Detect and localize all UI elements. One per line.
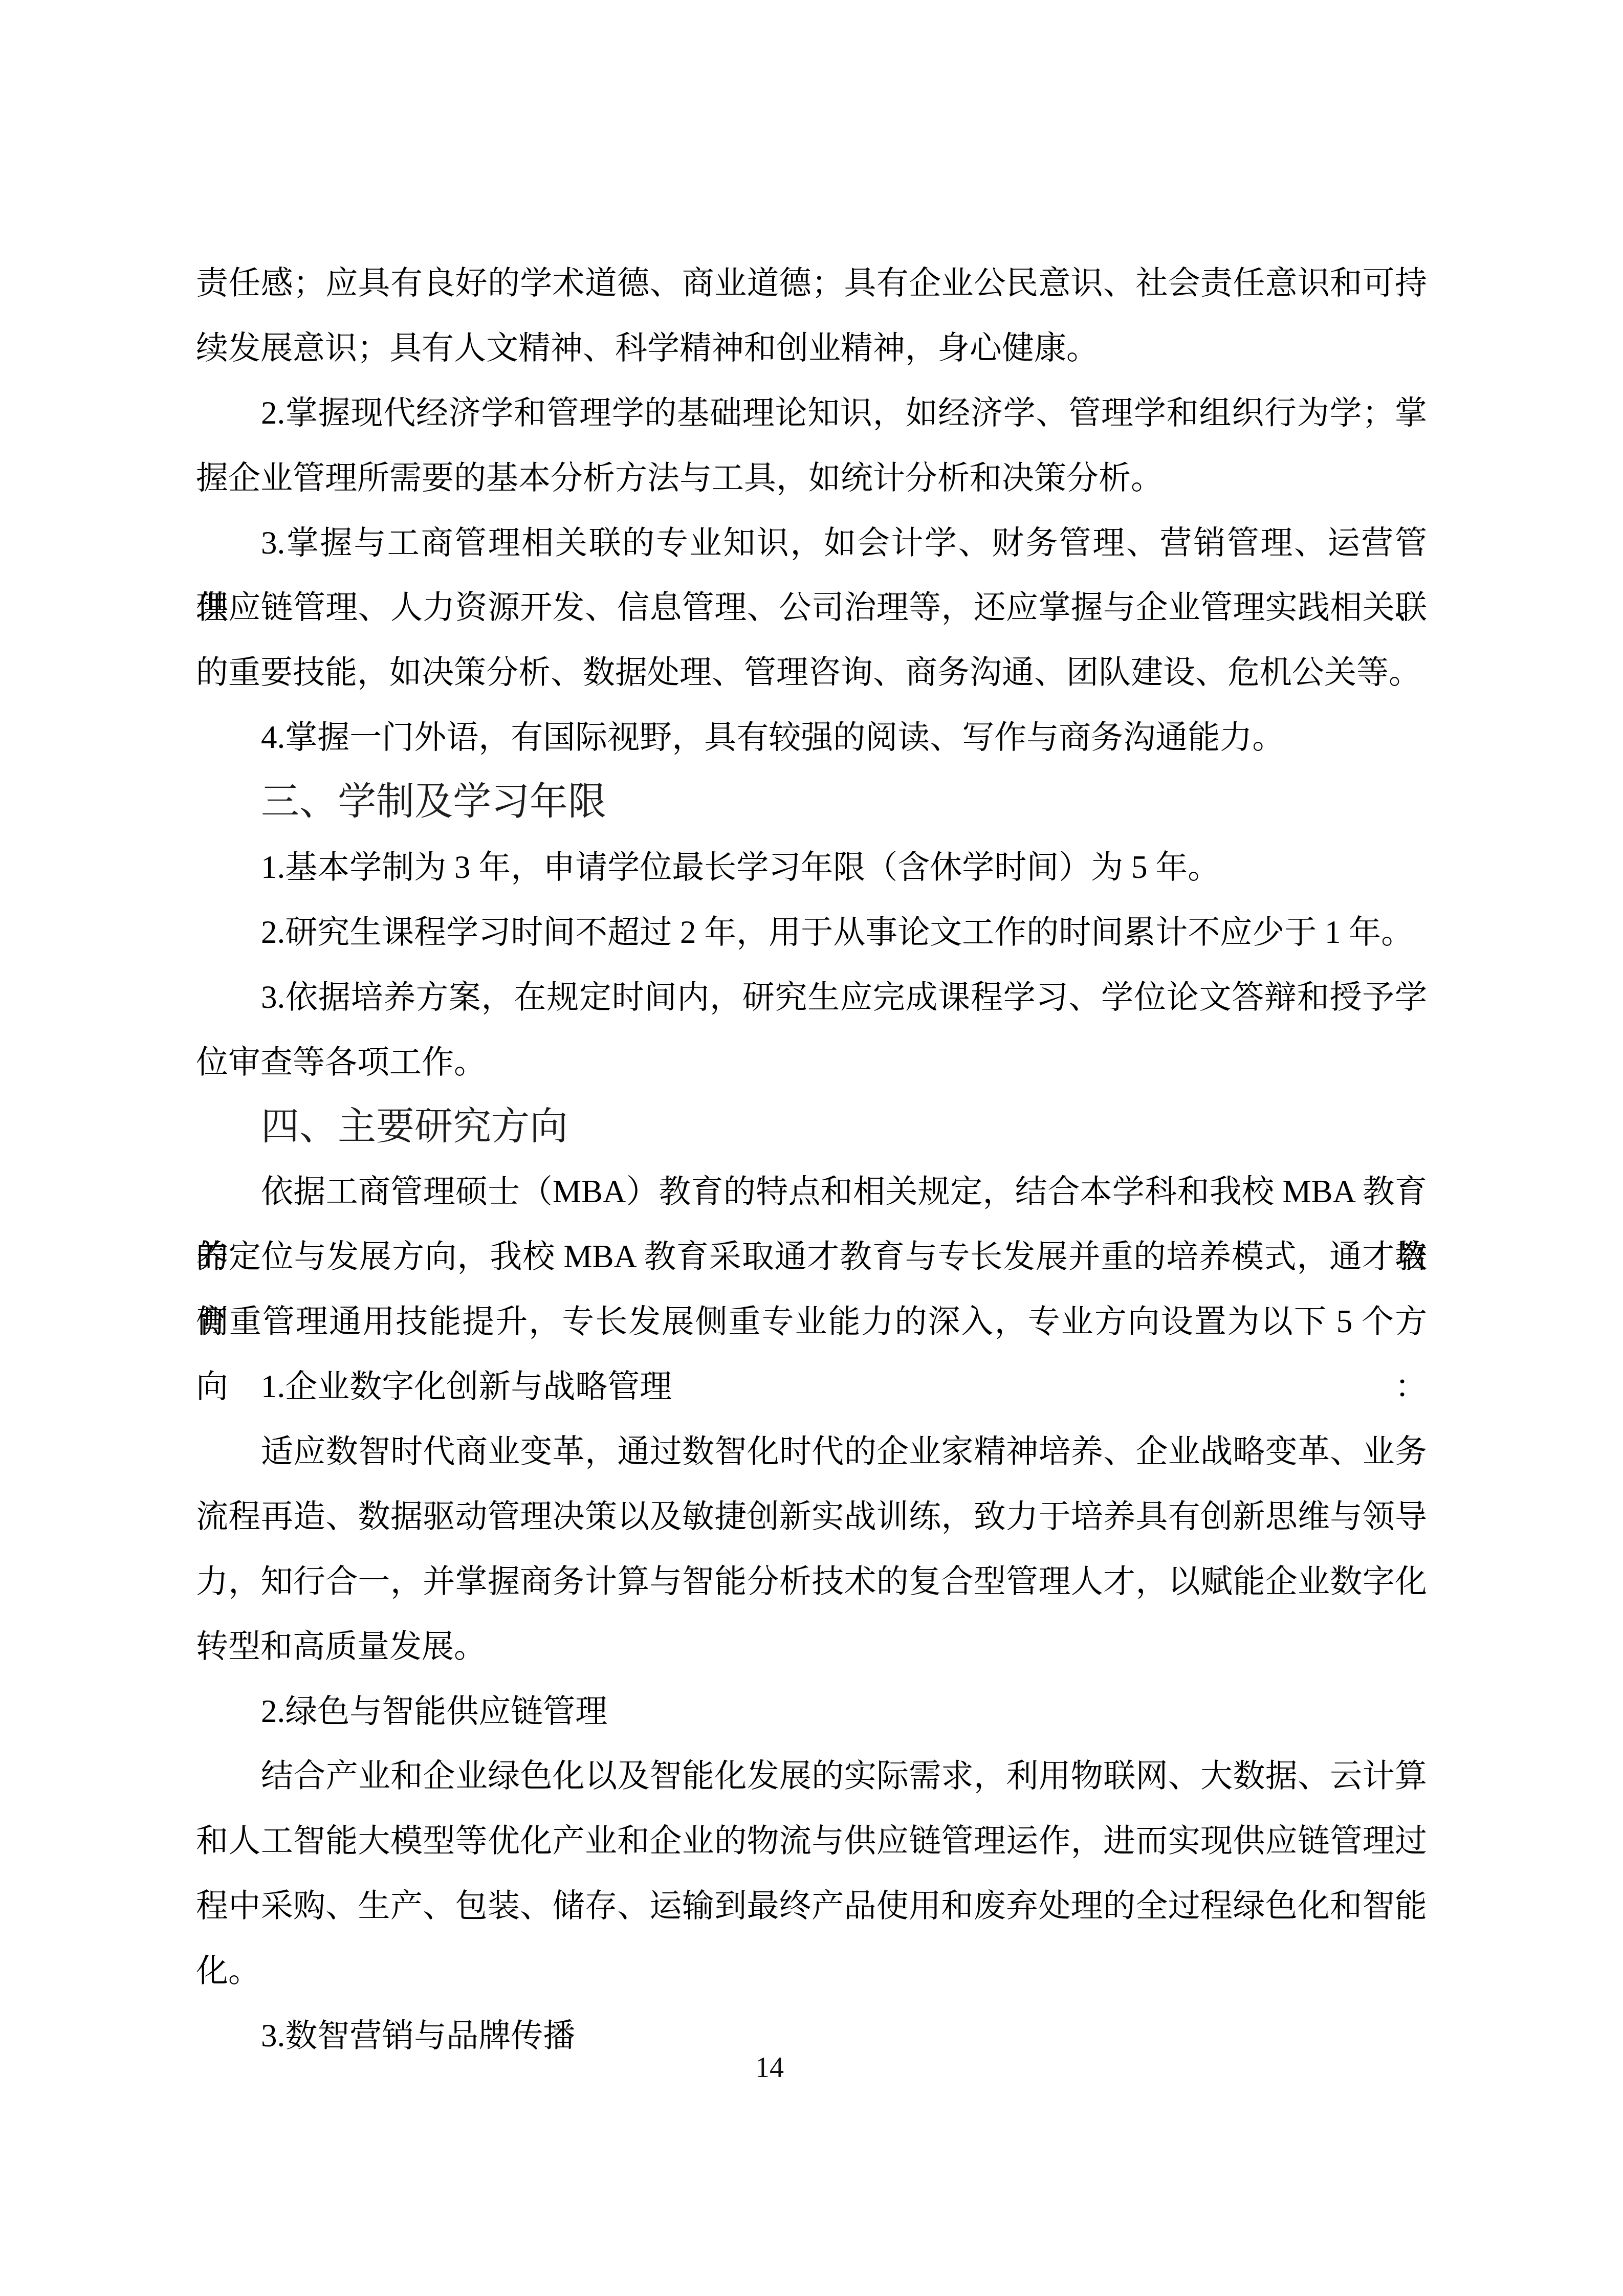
document-page: 责任感；应具有良好的学术道德、商业道德；具有企业公民意识、社会责任意识和可持续发… [0,0,1623,2296]
text-line: 2.绿色与智能供应链管理 [196,1679,1427,1744]
text-line: 4.掌握一门外语，有国际视野，具有较强的阅读、写作与商务沟通能力。 [196,705,1427,770]
text-line: 位审查等各项工作。 [196,1030,1427,1095]
text-line: 程中采购、生产、包装、储存、运输到最终产品使用和废弃处理的全过程绿色化和智能 [196,1873,1427,1938]
text-line: 1.基本学制为 3 年，申请学位最长学习年限（含休学时间）为 5 年。 [196,835,1427,900]
text-line: 流程再造、数据驱动管理决策以及敏捷创新实战训练，致力于培养具有创新思维与领导 [196,1484,1427,1549]
text-line: 和人工智能大模型等优化产业和企业的物流与供应链管理运作，进而实现供应链管理过 [196,1808,1427,1873]
text-line: 3.依据培养方案，在规定时间内，研究生应完成课程学习、学位论文答辩和授予学 [196,965,1427,1030]
text-line: 力，知行合一，并掌握商务计算与智能分析技术的复合型管理人才，以赋能企业数字化 [196,1549,1427,1614]
section-heading: 四、主要研究方向 [196,1095,1427,1160]
text-line: 供应链管理、人力资源开发、信息管理、公司治理等，还应掌握与企业管理实践相关联 [196,575,1427,640]
text-line: 依据工商管理硕士（MBA）教育的特点和相关规定，结合本学科和我校 MBA 教育的… [196,1159,1427,1224]
text-line: 2.掌握现代经济学和管理学的基础理论知识，如经济学、管理学和组织行为学；掌 [196,381,1427,446]
text-line: 养定位与发展方向，我校 MBA 教育采取通才教育与专长发展并重的培养模式，通才教… [196,1224,1427,1289]
text-line: 2.研究生课程学习时间不超过 2 年，用于从事论文工作的时间累计不应少于 1 年… [196,900,1427,965]
text-line: 3.数智营销与品牌传播 [196,2003,1427,2068]
text-line: 的重要技能，如决策分析、数据处理、管理咨询、商务沟通、团队建设、危机公关等。 [196,640,1427,705]
text-line: 化。 [196,1938,1427,2003]
section-heading: 三、学制及学习年限 [196,770,1427,835]
text-line: 适应数智时代商业变革，通过数智化时代的企业家精神培养、企业战略变革、业务 [196,1419,1427,1484]
page-number: 14 [755,2052,784,2083]
text-line: 转型和高质量发展。 [196,1614,1427,1679]
text-line: 握企业管理所需要的基本分析方法与工具，如统计分析和决策分析。 [196,446,1427,511]
text-line: 责任感；应具有良好的学术道德、商业道德；具有企业公民意识、社会责任意识和可持 [196,251,1427,316]
text-line: 3.掌握与工商管理相关联的专业知识，如会计学、财务管理、营销管理、运营管理、 [196,511,1427,576]
text-line: 侧重管理通用技能提升，专长发展侧重专业能力的深入，专业方向设置为以下 5 个方向… [196,1289,1427,1354]
text-line: 续发展意识；具有人文精神、科学精神和创业精神，身心健康。 [196,316,1427,381]
page-body-text: 责任感；应具有良好的学术道德、商业道德；具有企业公民意识、社会责任意识和可持续发… [196,251,1427,2068]
text-line: 结合产业和企业绿色化以及智能化发展的实际需求，利用物联网、大数据、云计算 [196,1743,1427,1808]
